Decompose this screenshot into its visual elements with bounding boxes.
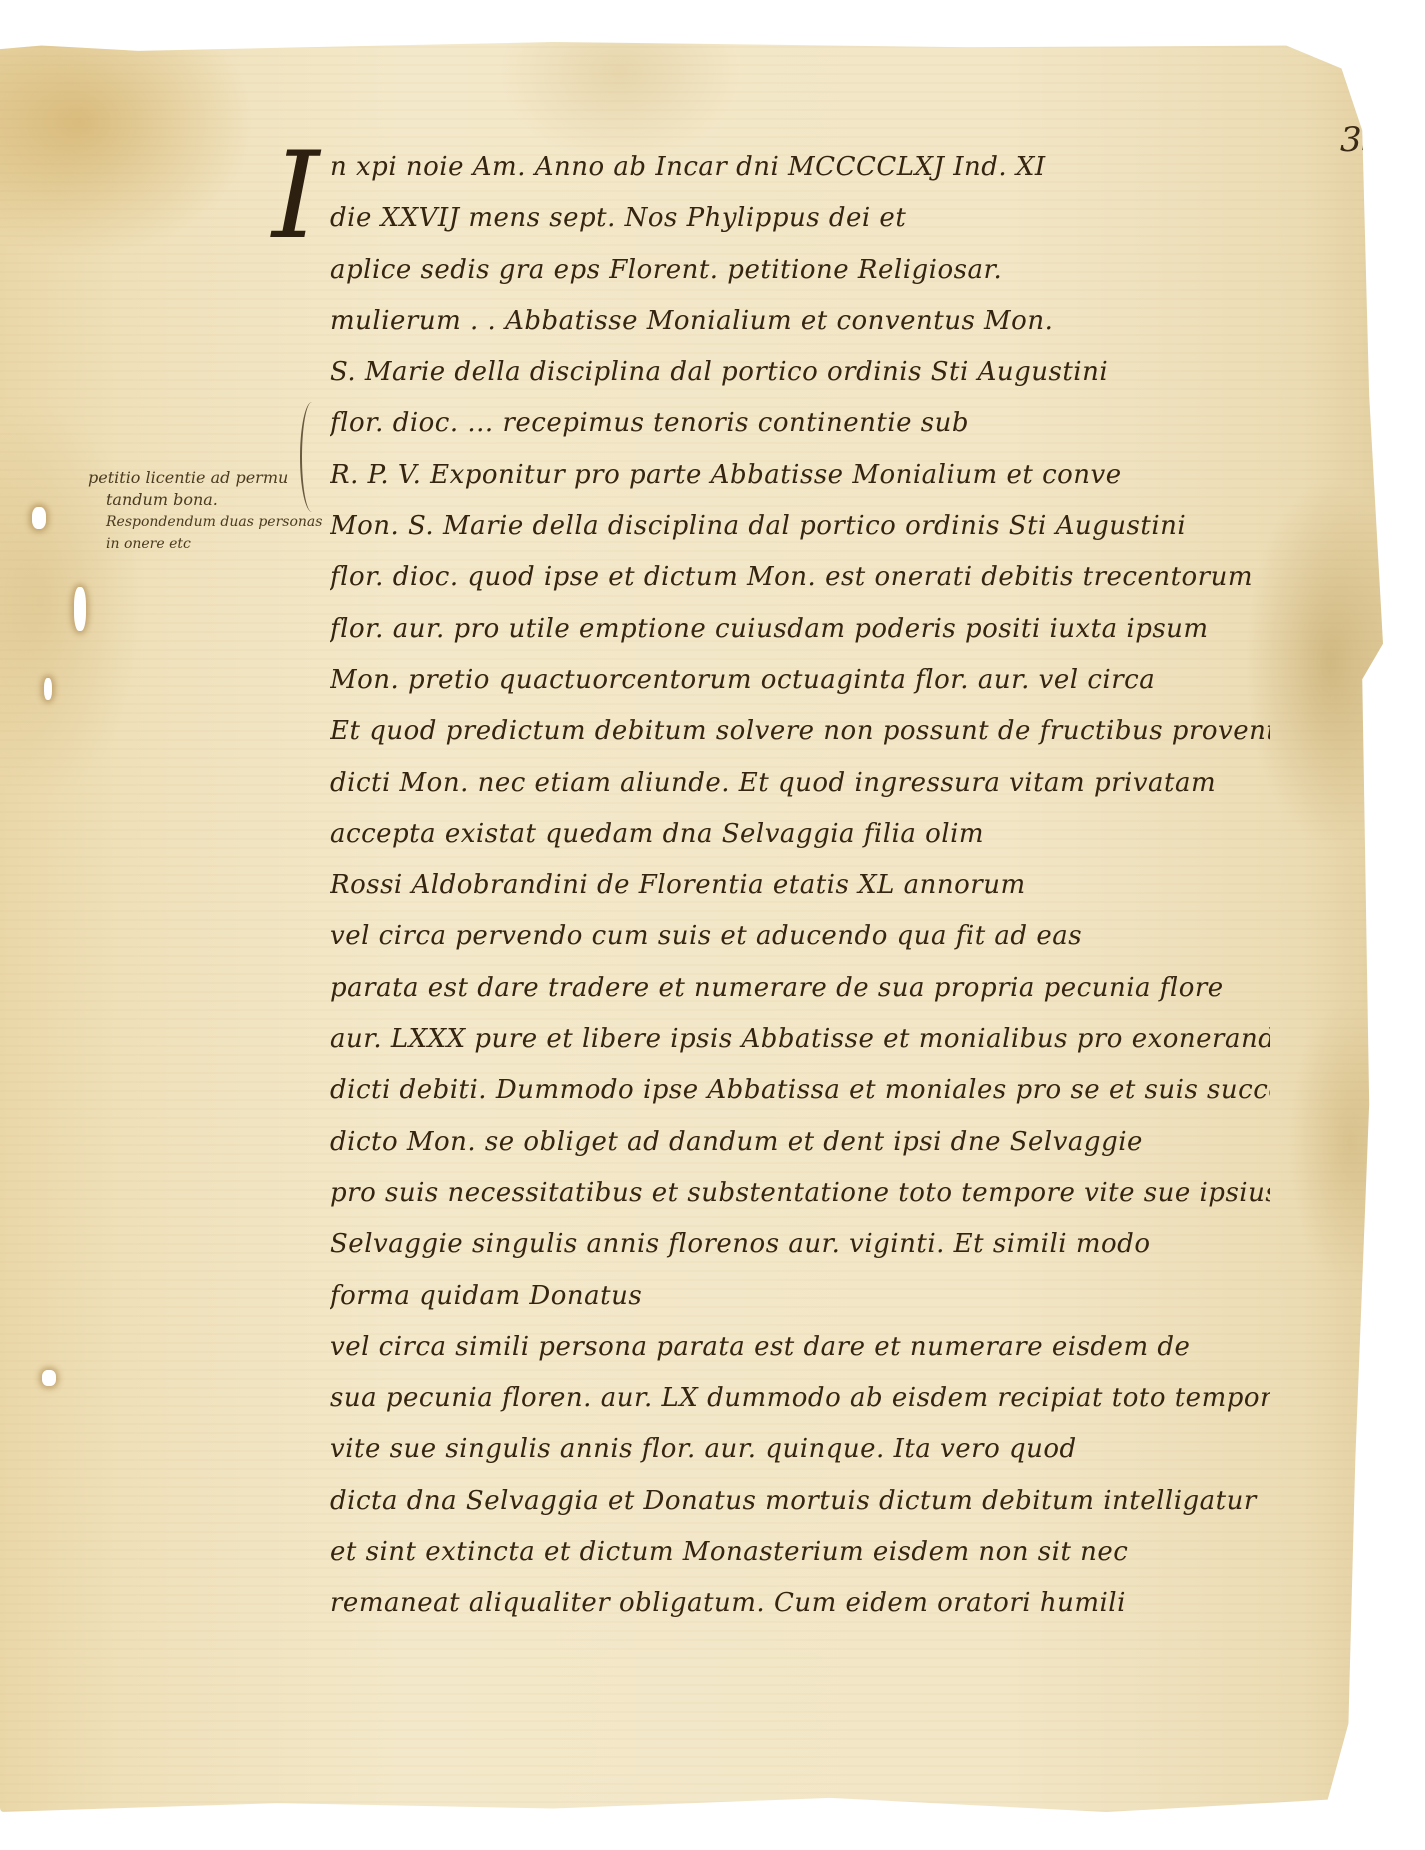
text-line: mulierum . . Abbatisse Monialium et conv…	[330, 296, 1270, 347]
text-line: aplice sedis gra eps Florent. petitione …	[330, 245, 1270, 296]
text-line: pro suis necessitatibus et substentation…	[330, 1168, 1270, 1219]
text-line: aur. LXXX pure et libere ipsis Abbatisse…	[330, 1014, 1270, 1065]
worm-hole	[74, 587, 86, 631]
worm-hole	[44, 678, 52, 700]
worm-hole	[42, 1370, 56, 1386]
text-line: Rossi Aldobrandini de Florentia etatis X…	[330, 860, 1270, 911]
text-line: Mon. pretio quactuorcentorum octuaginta …	[330, 655, 1270, 706]
text-line: flor. dioc. ... recepimus tenoris contin…	[330, 398, 1270, 449]
text-line: dicti Mon. nec etiam aliunde. Et quod in…	[330, 758, 1270, 809]
text-line: dicti debiti. Dummodo ipse Abbatissa et …	[330, 1065, 1270, 1116]
text-line: S. Marie della disciplina dal portico or…	[330, 347, 1270, 398]
text-line: flor. aur. pro utile emptione cuiusdam p…	[330, 604, 1270, 655]
worm-hole	[32, 507, 46, 529]
text-line: et sint extincta et dictum Monasterium e…	[330, 1527, 1270, 1578]
folio-number: 33	[1340, 120, 1383, 160]
text-line: forma quidam Donatus	[330, 1271, 1270, 1322]
text-line: Selvaggie singulis annis florenos aur. v…	[330, 1219, 1270, 1270]
text-line: Et quod predictum debitum solvere non po…	[330, 706, 1270, 757]
text-line: dicta dna Selvaggia et Donatus mortuis d…	[330, 1476, 1270, 1527]
text-line: Mon. S. Marie della disciplina dal porti…	[330, 501, 1270, 552]
text-line: dicto Mon. se obliget ad dandum et dent …	[330, 1117, 1270, 1168]
marginal-note-line: petitio licentie ad permu	[88, 467, 328, 489]
text-line: n xpi noie Am. Anno ab Incar dni MCCCCLX…	[330, 142, 1270, 193]
marginal-note: petitio licentie ad permu tandum bona. R…	[88, 467, 328, 555]
text-line: vel circa pervendo cum suis et aducendo …	[330, 911, 1270, 962]
text-line: R. P. V. Exponitur pro parte Abbatisse M…	[330, 450, 1270, 501]
text-line: die XXVIJ mens sept. Nos Phylippus dei e…	[330, 193, 1270, 244]
text-line: flor. dioc. quod ipse et dictum Mon. est…	[330, 552, 1270, 603]
text-line: vel circa simili persona parata est dare…	[330, 1322, 1270, 1373]
text-line: accepta existat quedam dna Selvaggia fil…	[330, 809, 1270, 860]
marginal-note-line: tandum bona.	[88, 489, 328, 511]
marginal-note-line: Respondendum duas personas	[88, 511, 328, 533]
text-line: parata est dare tradere et numerare de s…	[330, 963, 1270, 1014]
manuscript-page: 33 I n xpi noie Am. Anno ab Incar dni MC…	[0, 42, 1383, 1812]
main-text-block: n xpi noie Am. Anno ab Incar dni MCCCCLX…	[330, 142, 1270, 1630]
decorated-initial: I	[272, 137, 319, 257]
marginal-note-line: in onere etc	[88, 533, 328, 555]
text-line: sua pecunia floren. aur. LX dummodo ab e…	[330, 1373, 1270, 1424]
text-line: remaneat aliqualiter obligatum. Cum eide…	[330, 1578, 1270, 1629]
text-line: vite sue singulis annis flor. aur. quinq…	[330, 1424, 1270, 1475]
